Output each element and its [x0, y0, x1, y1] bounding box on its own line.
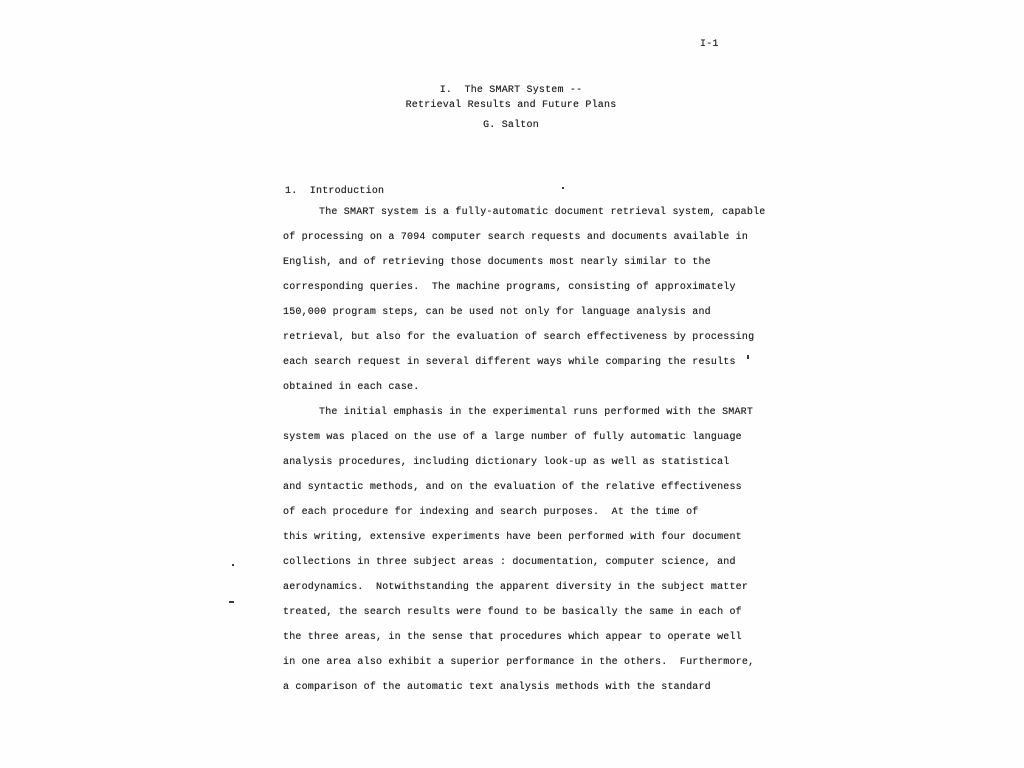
body-line: 150,000 program steps, can be used not o… — [283, 300, 763, 325]
body-line: treated, the search results were found t… — [283, 600, 763, 625]
body-line: The initial emphasis in the experimental… — [283, 400, 763, 425]
body-line: this writing, extensive experiments have… — [283, 525, 763, 550]
scan-speck — [562, 187, 564, 189]
body-line: retrieval, but also for the evaluation o… — [283, 325, 763, 350]
body-line: in one area also exhibit a superior perf… — [283, 650, 763, 675]
page-number: I-1 — [700, 39, 719, 50]
body-text: The SMART system is a fully-automatic do… — [283, 200, 763, 700]
body-line: a comparison of the automatic text analy… — [283, 675, 763, 700]
body-line: collections in three subject areas : doc… — [283, 550, 763, 575]
body-line: system was placed on the use of a large … — [283, 425, 763, 450]
document-title-line-2: Retrieval Results and Future Plans — [283, 98, 739, 113]
body-line: the three areas, in the sense that proce… — [283, 625, 763, 650]
body-line: The SMART system is a fully-automatic do… — [283, 200, 763, 225]
body-line: aerodynamics. Notwithstanding the appare… — [283, 575, 763, 600]
section-heading: 1. Introduction — [285, 186, 384, 197]
body-line: analysis procedures, including dictionar… — [283, 450, 763, 475]
body-line: English, and of retrieving those documen… — [283, 250, 763, 275]
body-line: and syntactic methods, and on the evalua… — [283, 475, 763, 500]
scan-speck — [232, 564, 234, 566]
body-line: of processing on a 7094 computer search … — [283, 225, 763, 250]
title-block: I. The SMART System -- Retrieval Results… — [283, 83, 739, 131]
body-line: of each procedure for indexing and searc… — [283, 500, 763, 525]
author-name: G. Salton — [283, 120, 739, 131]
scan-speck — [747, 355, 749, 359]
body-line: corresponding queries. The machine progr… — [283, 275, 763, 300]
scanned-document-page: I-1 I. The SMART System -- Retrieval Res… — [0, 0, 1024, 768]
document-title-line-1: I. The SMART System -- — [283, 83, 739, 98]
scan-speck — [229, 601, 234, 603]
body-line: each search request in several different… — [283, 350, 763, 375]
body-line: obtained in each case. — [283, 375, 763, 400]
